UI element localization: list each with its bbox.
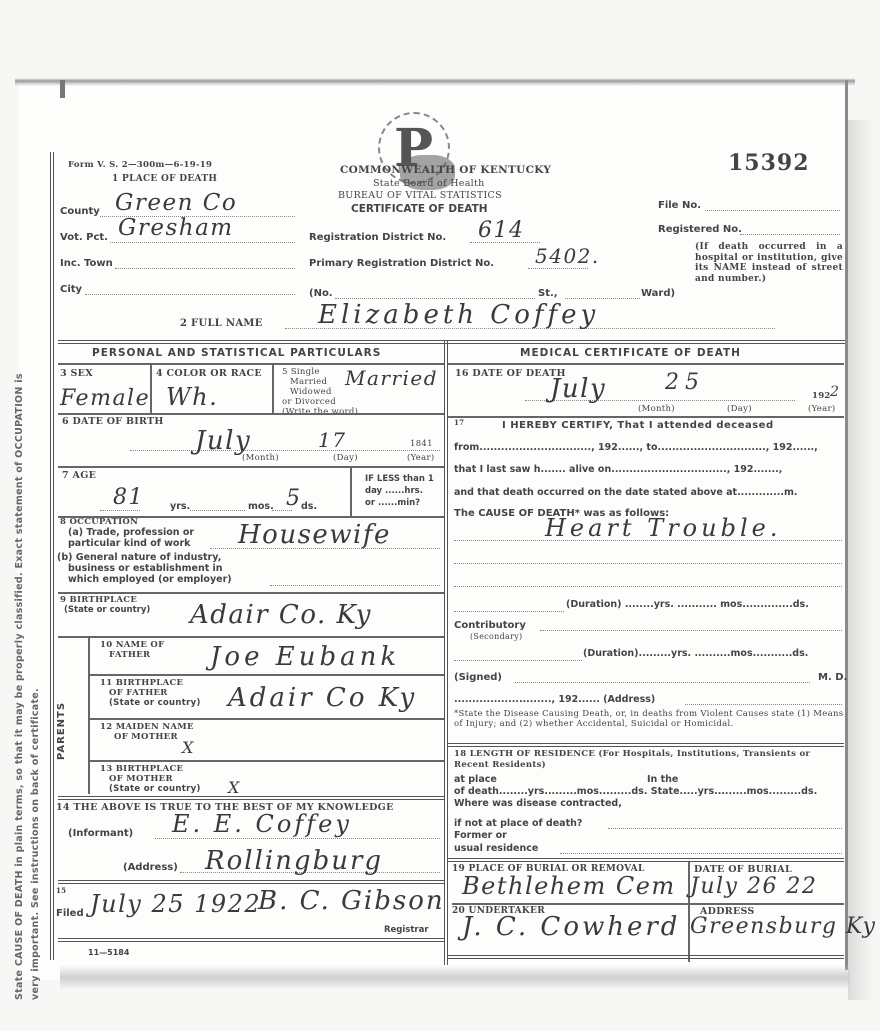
rule <box>58 592 444 594</box>
duration-line-1: (Duration) ........yrs. ........... mos.… <box>566 599 809 610</box>
cause-line-3 <box>454 586 842 587</box>
occupation-b-label: (b) General nature of industry, business… <box>57 552 232 585</box>
mother-birthplace-value[interactable]: X <box>228 778 241 797</box>
mother-birthplace-label: 13 BIRTHPLACE OF MOTHER (State or countr… <box>100 764 201 794</box>
race-value[interactable]: Wh. <box>166 383 218 411</box>
informant-value[interactable]: E. E. Coffey <box>172 810 352 838</box>
bottom-edge <box>60 965 850 990</box>
file-no-label: File No. <box>658 200 701 211</box>
ds-caption: ds. <box>301 501 317 512</box>
form-number: Form V. S. 2—300m—6-19-19 <box>68 160 212 170</box>
at-place-label: at place <box>454 774 497 785</box>
secondary-label: (Secondary) <box>470 632 522 641</box>
occupation-value[interactable]: Housewife <box>238 520 391 550</box>
rule <box>448 743 844 747</box>
hospital-note: (If death occurred in a hospital or inst… <box>695 242 843 284</box>
ward-label: Ward) <box>641 288 675 299</box>
full-name-label: 2 FULL NAME <box>180 318 263 329</box>
city-label: City <box>60 284 82 295</box>
table-top-rule <box>58 340 845 344</box>
bureau-title: BUREAU OF VITAL STATISTICS <box>338 190 502 201</box>
rule <box>448 858 844 862</box>
primary-reg-value[interactable]: 5402. <box>535 244 600 268</box>
personal-section-title: PERSONAL AND STATISTICAL PARTICULARS <box>92 347 381 359</box>
contracted-line <box>608 828 842 829</box>
filed-label: Filed <box>56 908 84 919</box>
informant-label: (Informant) <box>68 828 133 839</box>
board-title: State Board of Health <box>373 178 485 189</box>
dod-year-value[interactable]: 2 <box>830 384 840 400</box>
rule <box>350 466 352 516</box>
registrar-label: Registrar <box>384 925 429 935</box>
rule <box>88 718 444 720</box>
race-label: 4 COLOR OR RACE <box>156 368 262 379</box>
inc-town-label: Inc. Town <box>60 258 113 269</box>
marital-value[interactable]: Married <box>345 366 438 390</box>
rule <box>58 466 444 468</box>
footer-code: 11—5184 <box>88 948 129 957</box>
street-no-line <box>335 298 535 299</box>
rule <box>58 413 444 415</box>
cause-line-2 <box>454 563 842 564</box>
state-title: COMMONWEALTH OF KENTUCKY <box>340 164 551 176</box>
date-address-line: ..........................., 192...... (… <box>454 694 655 705</box>
reg-district-label: Registration District No. <box>309 232 446 243</box>
rule <box>58 796 444 800</box>
margin-note-2: very important. See instructions on back… <box>30 688 41 1000</box>
occupation-a-label: (a) Trade, profession or particular kind… <box>68 527 194 549</box>
age-years[interactable]: 81 <box>113 485 144 510</box>
age-years-line <box>100 510 140 511</box>
signed-line <box>515 682 810 683</box>
vot-pct-label: Vot. Pct. <box>60 232 108 243</box>
rule <box>58 363 444 365</box>
former-label: Former or <box>454 830 507 841</box>
place-of-death-label: 1 PLACE OF DEATH <box>112 174 217 184</box>
month-caption: (Month) <box>242 453 279 463</box>
father-name-label: 10 NAME OF FATHER <box>100 640 164 660</box>
duration-line-2-dots <box>454 660 582 661</box>
undertaker-address-value[interactable]: Greensburg Ky <box>690 914 876 939</box>
certify-text: I HEREBY CERTIFY, That I attended deceas… <box>502 420 774 431</box>
cause-value[interactable]: Heart Trouble. <box>545 514 781 542</box>
birthplace-value[interactable]: Adair Co. Ky <box>190 600 372 630</box>
contributory-label: Contributory <box>454 620 526 631</box>
rule <box>88 760 444 762</box>
burial-date-value[interactable]: July 26 22 <box>690 874 817 899</box>
of-death-line: of death........yrs.........mos.........… <box>454 786 817 797</box>
rule <box>88 674 444 676</box>
last-saw-line: that I last saw h....... alive on.......… <box>454 464 782 475</box>
rule <box>272 363 274 413</box>
dob-line <box>130 450 440 451</box>
attended-from-line: from..............................., 192… <box>454 442 818 453</box>
primary-reg-label: Primary Registration District No. <box>309 258 494 269</box>
dod-year-caption: (Year) <box>808 404 835 414</box>
filed-date[interactable]: July 25 1922 <box>90 890 261 918</box>
dod-day-caption: (Day) <box>727 404 752 414</box>
center-double-rule <box>444 340 448 965</box>
dod-month-caption: (Month) <box>638 404 675 414</box>
signed-label: (Signed) <box>454 672 502 683</box>
parents-label: PARENTS <box>56 702 67 760</box>
undertaker-value[interactable]: J. C. Cowherd <box>462 912 680 942</box>
left-double-rule <box>50 152 54 960</box>
year-caption: (Year) <box>407 453 434 463</box>
certificate-title: CERTIFICATE OF DEATH <box>351 203 488 215</box>
serial-number: 15392 <box>728 150 810 176</box>
in-the-label: In the <box>647 774 678 785</box>
informant-line <box>155 838 440 839</box>
mother-maiden-label: 12 MAIDEN NAME OF MOTHER <box>100 722 194 742</box>
reg-district-value[interactable]: 614 <box>478 218 525 243</box>
vot-pct-value[interactable]: Gresham <box>118 215 234 241</box>
right-smudge <box>848 120 873 1000</box>
county-label: County <box>60 206 100 217</box>
dod-month[interactable]: July <box>550 374 606 404</box>
mother-maiden-value[interactable]: X <box>182 738 195 757</box>
rule <box>150 363 152 413</box>
dob-day[interactable]: 17 <box>318 428 346 452</box>
address-line <box>685 704 842 705</box>
rule <box>58 938 444 942</box>
rule <box>58 636 444 638</box>
age-label: 7 AGE <box>62 470 96 481</box>
age-days[interactable]: 5 <box>286 486 302 511</box>
full-name-value[interactable]: Elizabeth Coffey <box>318 300 599 330</box>
registered-no-line <box>740 234 840 235</box>
county-value[interactable]: Green Co <box>115 190 237 216</box>
rule <box>448 955 844 959</box>
rule <box>88 636 90 794</box>
less-than-day: IF LESS than 1 day ......hrs. or ......m… <box>365 473 434 509</box>
street-label: St., <box>538 288 558 299</box>
father-birthplace-label: 11 BIRTHPLACE OF FATHER (State or countr… <box>100 678 201 708</box>
street-no-label: (No. <box>309 288 333 299</box>
not-at-place-label: if not at place of death? <box>454 818 582 829</box>
residence-label: 18 LENGTH OF RESIDENCE (For Hospitals, I… <box>454 749 844 771</box>
father-birthplace-value[interactable]: Adair Co Ky <box>228 683 417 713</box>
duration-line-2: (Duration).........yrs. ..........mos...… <box>583 648 808 659</box>
father-name-value[interactable]: Joe Eubank <box>210 642 400 672</box>
md-label: M. D. <box>818 672 847 683</box>
rule <box>452 903 844 905</box>
day-caption: (Day) <box>333 453 358 463</box>
filing-number: 15 <box>56 886 66 895</box>
sex-value[interactable]: Female <box>60 386 150 411</box>
dob-year[interactable]: 1841 <box>410 439 433 449</box>
mos-caption: mos. <box>248 501 274 512</box>
medical-section-title: MEDICAL CERTIFICATE OF DEATH <box>520 347 741 359</box>
rule <box>448 363 844 365</box>
contracted-label: Where was disease contracted, <box>454 798 622 809</box>
usual-residence-label: usual residence <box>454 843 538 854</box>
cause-footnote: *State the Disease Causing Death, or, in… <box>454 709 844 729</box>
birthplace-sub: (State or country) <box>64 605 150 615</box>
informant-address-value[interactable]: Rollingburg <box>205 846 383 876</box>
inc-town-line <box>115 268 295 269</box>
file-no-line <box>705 210 840 211</box>
rule <box>448 416 844 418</box>
vot-pct-line <box>110 242 295 243</box>
usual-residence-line <box>560 853 842 854</box>
age-months-line <box>190 510 245 511</box>
primary-reg-line <box>528 268 588 269</box>
yrs-caption: yrs. <box>170 501 190 512</box>
dod-year-prefix: 192 <box>812 391 831 401</box>
registrar-value[interactable]: B. C. Gibson <box>258 886 445 916</box>
employer-line <box>270 585 440 586</box>
dob-label: 6 DATE OF BIRTH <box>62 416 164 427</box>
rule <box>58 880 444 884</box>
dob-month[interactable]: July <box>195 426 251 456</box>
informant-address-label: (Address) <box>123 862 178 873</box>
occurred-line: and that death occurred on the date stat… <box>454 487 798 498</box>
dod-day[interactable]: 25 <box>665 370 705 395</box>
city-line <box>85 294 295 295</box>
edge-mark <box>60 80 65 98</box>
contributory-line <box>540 630 842 631</box>
margin-note-1: State CAUSE OF DEATH in plain terms, so … <box>14 373 25 1000</box>
torn-top-edge <box>15 70 855 90</box>
sex-label: 3 SEX <box>60 368 93 379</box>
registered-no-label: Registered No. <box>658 224 742 235</box>
birthplace-label: 9 BIRTHPLACE <box>60 595 137 605</box>
ward-line <box>565 298 640 299</box>
certify-number: 17 <box>454 418 464 427</box>
occupation-label: 8 OCCUPATION <box>60 517 138 527</box>
duration-line <box>454 611 564 612</box>
burial-place-value[interactable]: Bethlehem Cem <box>462 872 676 900</box>
